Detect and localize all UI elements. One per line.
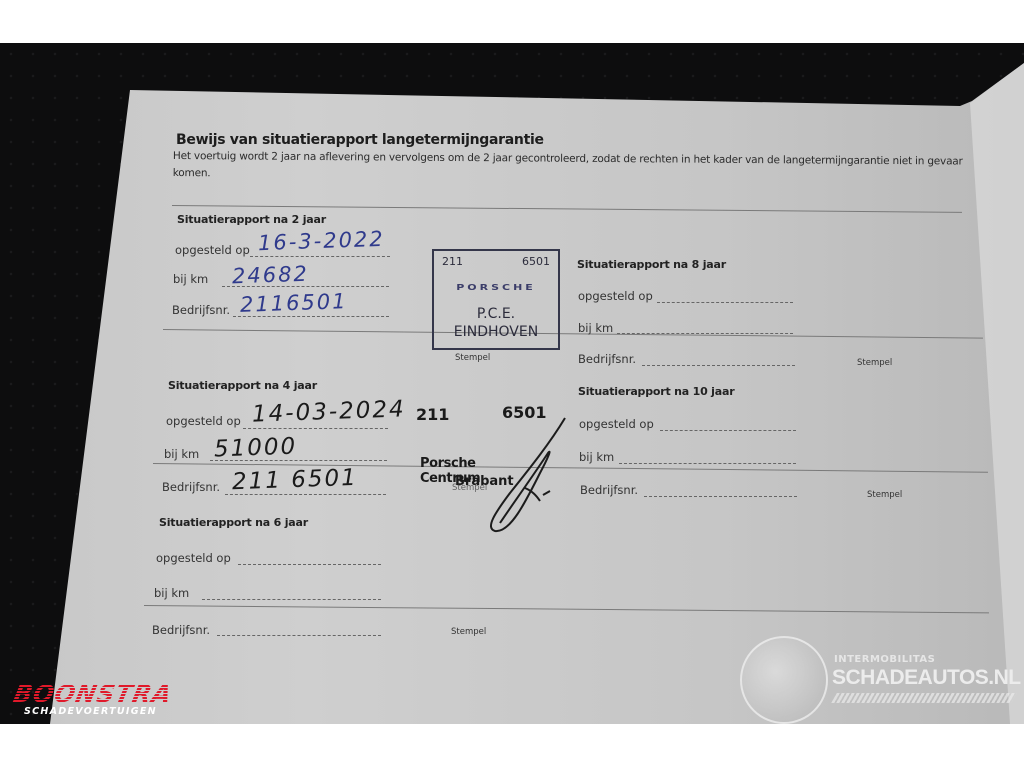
document-title: Bewijs van situatierapport langetermijng… bbox=[176, 132, 544, 148]
stamp-line2: EINDHOVEN bbox=[434, 324, 558, 340]
label-opgesteld-op: opgesteld op bbox=[578, 289, 653, 303]
input-line-bij-km bbox=[619, 463, 796, 464]
boonstra-logo-name: BOONSTRA bbox=[11, 682, 174, 706]
stempel-label: Stempel bbox=[867, 490, 902, 500]
input-line-bij-km bbox=[617, 333, 793, 334]
stamp-dealer-code: 211 bbox=[442, 255, 463, 268]
porsche-logo: PORSCHE bbox=[441, 283, 551, 292]
value-bij-km: 51000 bbox=[214, 434, 298, 463]
label-bedrijfsnr: Bedrijfsnr. bbox=[162, 480, 220, 494]
label-bij-km: bij km bbox=[173, 272, 208, 286]
label-bedrijfsnr: Bedrijfsnr. bbox=[172, 303, 230, 317]
label-bij-km: bij km bbox=[578, 321, 613, 335]
warranty-document: Bewijs van situatierapport langetermijng… bbox=[0, 43, 1024, 724]
input-line-opgesteld-op bbox=[250, 256, 390, 257]
stempel-label: Stempel bbox=[455, 353, 490, 363]
label-bedrijfsnr: Bedrijfsnr. bbox=[580, 483, 638, 497]
input-line-bedrijfsnr bbox=[642, 365, 795, 366]
logo-stripes bbox=[831, 693, 1017, 703]
photo-background: Bewijs van situatierapport langetermijng… bbox=[0, 43, 1024, 724]
section-title: Situatierapport na 8 jaar bbox=[577, 258, 726, 271]
section-title: Situatierapport na 2 jaar bbox=[177, 213, 326, 226]
input-line-opgesteld-op bbox=[660, 430, 796, 431]
input-line-opgesteld-op bbox=[657, 302, 793, 303]
label-bedrijfsnr: Bedrijfsnr. bbox=[578, 352, 636, 366]
value-bedrijfsnr: 211 6501 bbox=[232, 465, 359, 495]
section-title: Situatierapport na 4 jaar bbox=[168, 379, 317, 392]
divider bbox=[163, 329, 983, 339]
section-title: Situatierapport na 10 jaar bbox=[578, 385, 734, 398]
label-opgesteld-op: opgesteld op bbox=[166, 414, 241, 428]
label-bij-km: bij km bbox=[154, 586, 189, 600]
input-line-opgesteld-op bbox=[243, 428, 388, 429]
input-line-bij-km bbox=[202, 599, 381, 600]
value-opgesteld-op: 16-3-2022 bbox=[258, 227, 385, 255]
intermobilitas-watermark: INTERMOBILITAS SCHADEAUTOS.NL bbox=[740, 636, 1024, 721]
stamp-dealer-number: 6501 bbox=[522, 255, 550, 268]
intermobilitas-logo-big: SCHADEAUTOS.NL bbox=[832, 666, 1021, 690]
value-bij-km: 24682 bbox=[232, 262, 310, 289]
input-line-bedrijfsnr bbox=[644, 496, 797, 497]
stempel-label: Stempel bbox=[451, 627, 486, 637]
value-bedrijfsnr: 2116501 bbox=[240, 289, 348, 317]
boonstra-watermark: BOONSTRA SCHADEVOERTUIGEN bbox=[14, 682, 172, 717]
signature bbox=[470, 413, 580, 543]
input-line-opgesteld-op bbox=[238, 564, 381, 565]
label-bij-km: bij km bbox=[164, 447, 199, 461]
label-opgesteld-op: opgesteld op bbox=[175, 243, 250, 257]
stempel-label: Stempel bbox=[857, 358, 892, 368]
label-opgesteld-op: opgesteld op bbox=[156, 551, 231, 565]
stamp-line1: P.C.E. bbox=[434, 306, 558, 322]
stamp-dealer-code: 211 bbox=[416, 405, 449, 424]
divider bbox=[144, 605, 989, 613]
divider bbox=[172, 205, 962, 213]
label-opgesteld-op: opgesteld op bbox=[579, 417, 654, 431]
label-bij-km: bij km bbox=[579, 450, 614, 464]
input-line-bedrijfsnr bbox=[217, 635, 381, 636]
section-title: Situatierapport na 6 jaar bbox=[159, 516, 308, 529]
globe-icon bbox=[740, 636, 828, 724]
value-opgesteld-op: 14-03-2024 bbox=[252, 396, 406, 427]
document-intro: Het voertuig wordt 2 jaar na aflevering … bbox=[173, 148, 963, 188]
dealer-stamp: 211 6501 PORSCHE P.C.E. EINDHOVEN bbox=[432, 249, 560, 350]
intermobilitas-logo-small: INTERMOBILITAS bbox=[834, 654, 935, 665]
label-bedrijfsnr: Bedrijfsnr. bbox=[152, 623, 210, 637]
